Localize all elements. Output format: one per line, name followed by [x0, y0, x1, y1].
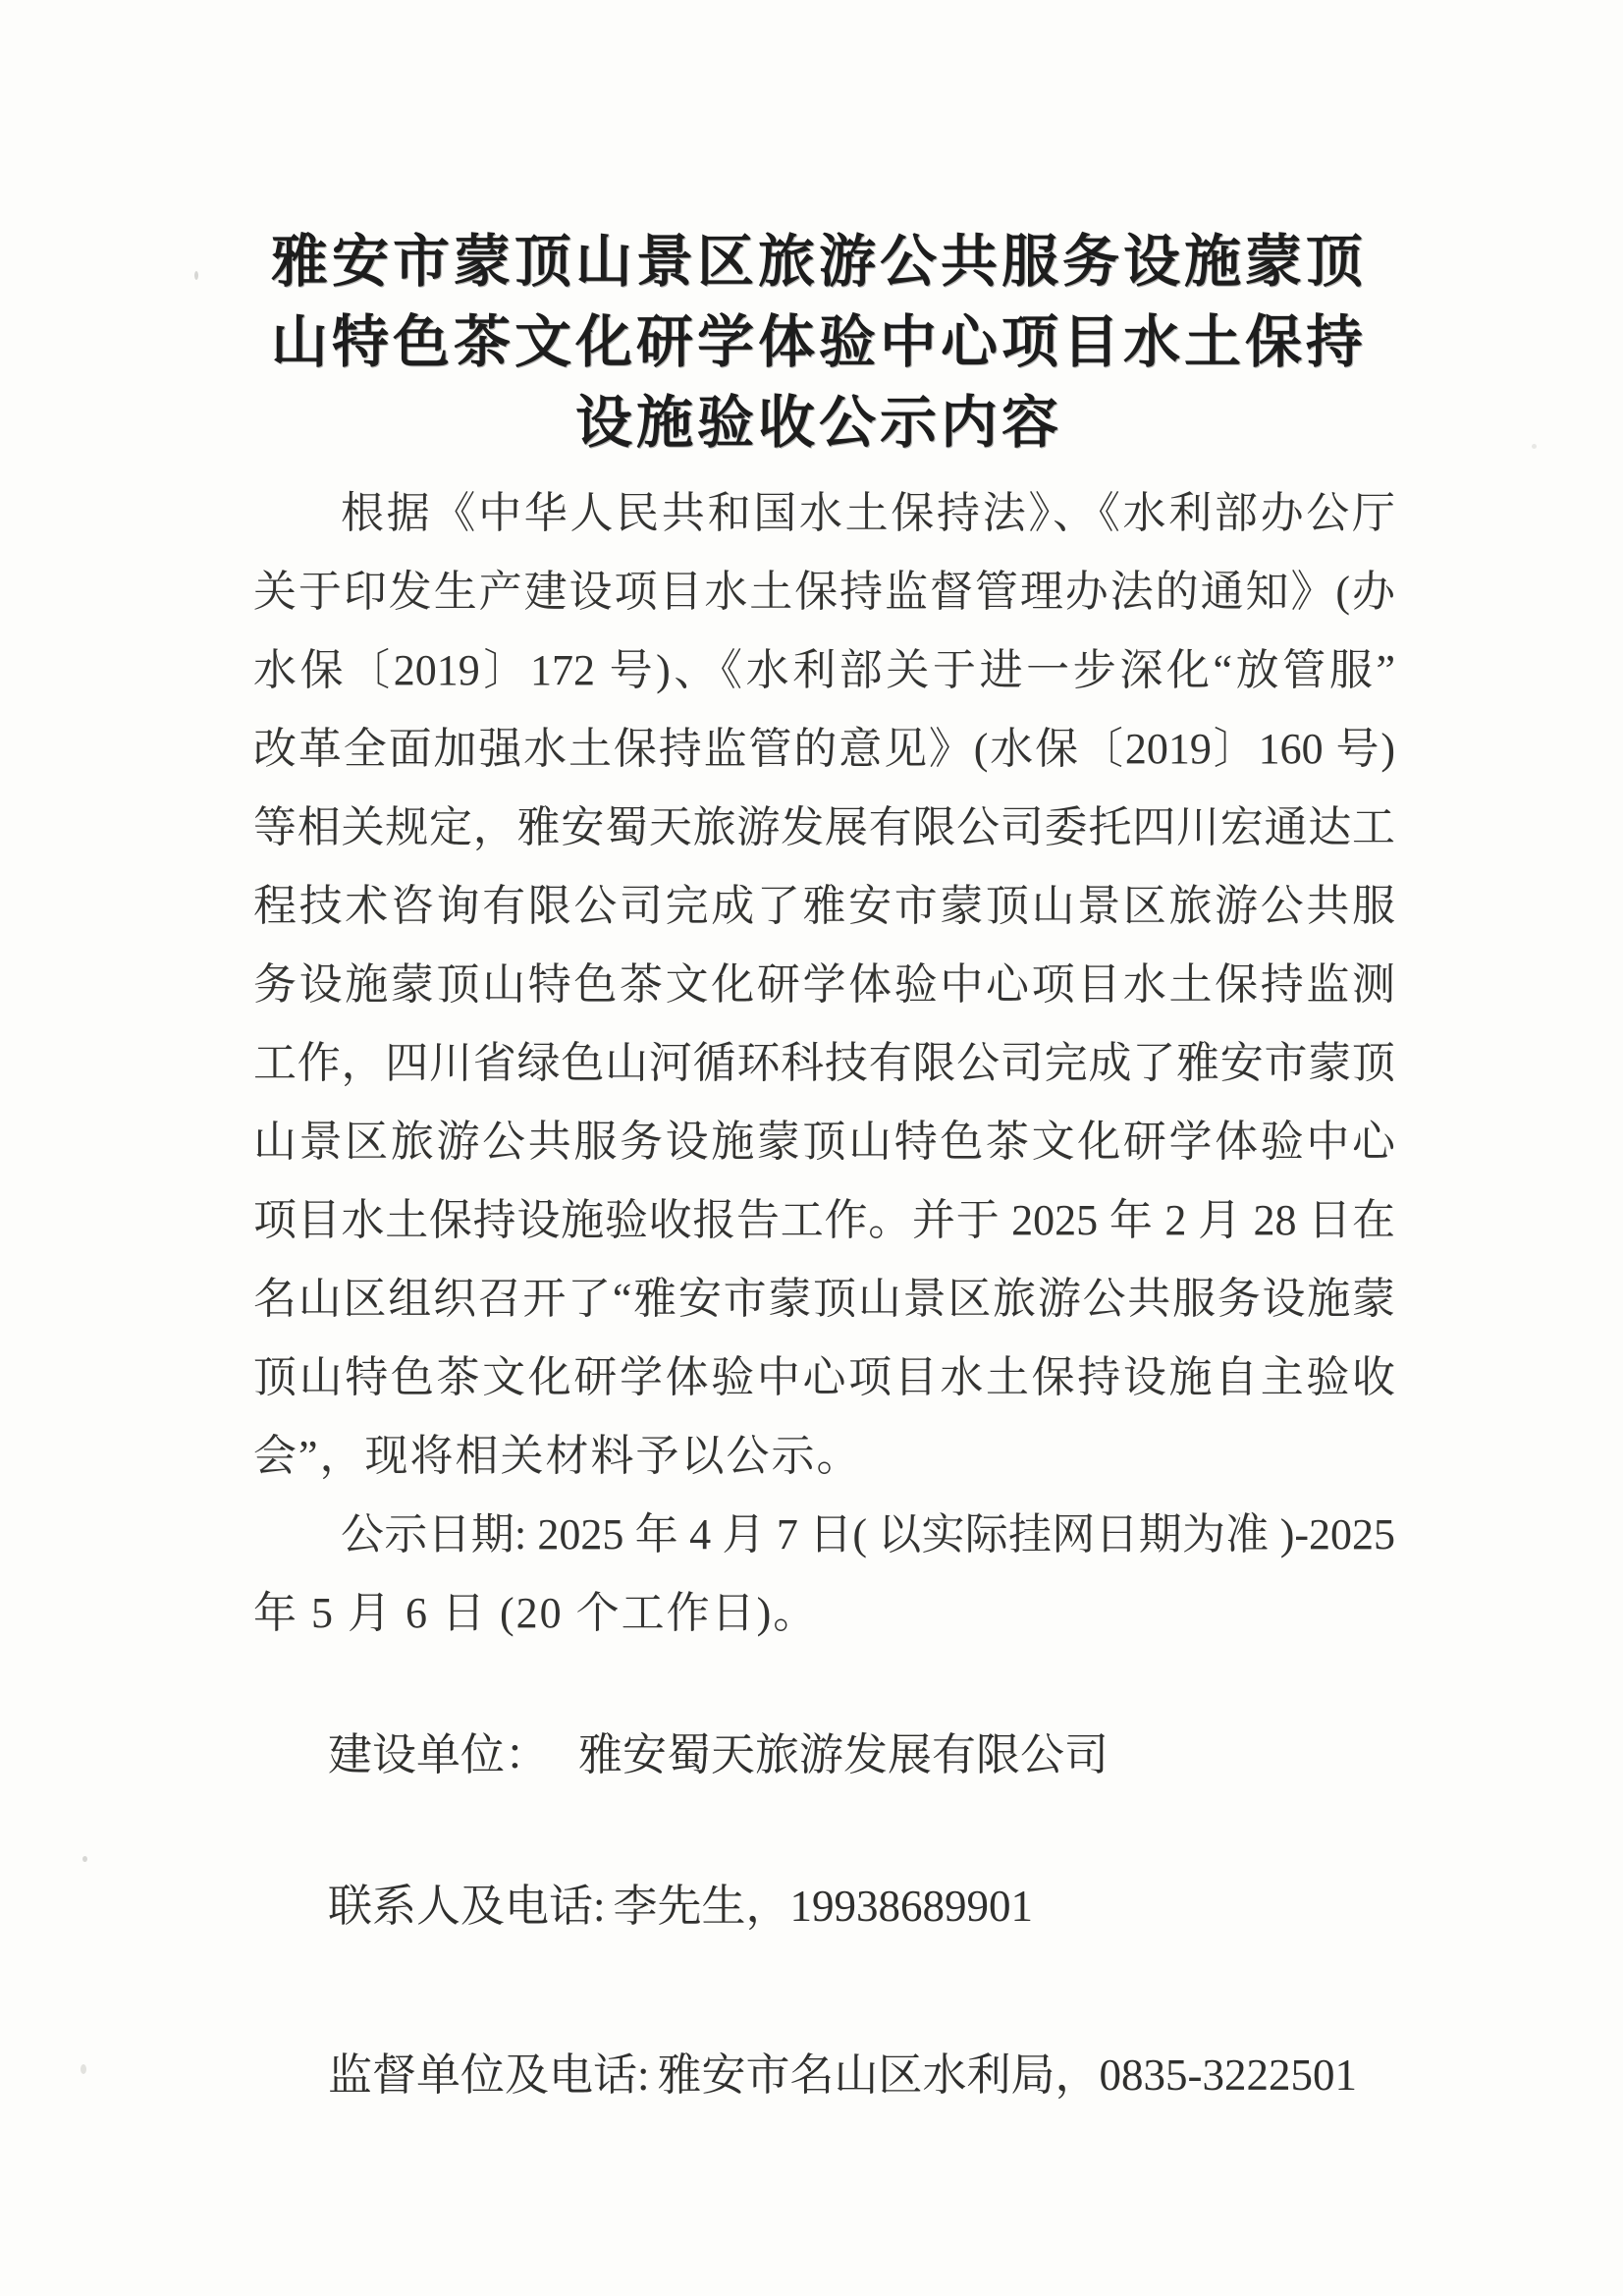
document-body: 根据《中华人民共和国水土保持法》、《水利部办公厅 关于印发生产建设项目水土保持监…: [253, 474, 1395, 1653]
body-line: 项目水土保持设施验收报告工作。并于 2025 年 2 月 28 日在: [253, 1181, 1395, 1260]
scan-speck: [194, 271, 198, 280]
scan-speck: [82, 1856, 87, 1862]
body-line: 顶山特色茶文化研学体验中心项目水土保持设施自主验收: [253, 1339, 1395, 1417]
contact-value: 李先生，19938689901: [614, 1882, 1034, 1931]
supervisor-line: 监督单位及电话:雅安市名山区水利局，0835-3222501: [328, 2050, 1357, 2100]
title-line-3: 设施验收公示内容: [245, 383, 1392, 464]
body-line: 水保〔2019〕172 号)、《水利部关于进一步深化“放管服”: [253, 631, 1395, 710]
scan-speck: [81, 2064, 86, 2074]
contact-line: 联系人及电话:李先生，19938689901: [328, 1882, 1033, 1931]
contact-label: 联系人及电话:: [328, 1882, 606, 1931]
body-line: 根据《中华人民共和国水土保持法》、《水利部办公厅: [253, 474, 1395, 553]
builder-value: 雅安蜀天旅游发展有限公司: [578, 1730, 1109, 1779]
builder-line: 建设单位：雅安蜀天旅游发展有限公司: [328, 1730, 1109, 1779]
body-line: 公示日期: 2025 年 4 月 7 日( 以实际挂网日期为准 )-2025: [253, 1496, 1395, 1574]
body-line: 务设施蒙顶山特色茶文化研学体验中心项目水土保持监测: [253, 946, 1395, 1024]
title-line-2: 山特色茶文化研学体验中心项目水土保持: [245, 302, 1392, 383]
body-line: 程技术咨询有限公司完成了雅安市蒙顶山景区旅游公共服: [253, 867, 1395, 946]
supervisor-value: 雅安市名山区水利局，0835-3222501: [658, 2050, 1358, 2100]
document-page: 雅安市蒙顶山景区旅游公共服务设施蒙顶 山特色茶文化研学体验中心项目水土保持 设施…: [0, 0, 1623, 2296]
body-line: 等相关规定，雅安蜀天旅游发展有限公司委托四川宏通达工: [253, 789, 1395, 867]
title-line-1: 雅安市蒙顶山景区旅游公共服务设施蒙顶: [245, 222, 1392, 302]
body-line: 年 5 月 6 日 (20 个工作日)。: [253, 1574, 1395, 1653]
paragraph-publicity-period: 公示日期: 2025 年 4 月 7 日( 以实际挂网日期为准 )-2025 年…: [253, 1496, 1395, 1653]
body-line: 会”，现将相关材料予以公示。: [253, 1417, 1395, 1496]
paragraph-legal-basis: 根据《中华人民共和国水土保持法》、《水利部办公厅 关于印发生产建设项目水土保持监…: [253, 474, 1395, 1496]
body-line: 山景区旅游公共服务设施蒙顶山特色茶文化研学体验中心: [253, 1103, 1395, 1181]
body-line: 名山区组织召开了“雅安市蒙顶山景区旅游公共服务设施蒙: [253, 1260, 1395, 1339]
body-line: 关于印发生产建设项目水土保持监督管理办法的通知》(办: [253, 553, 1395, 631]
body-line: 工作，四川省绿色山河循环科技有限公司完成了雅安市蒙顶: [253, 1024, 1395, 1103]
builder-label: 建设单位：: [328, 1730, 549, 1779]
supervisor-label: 监督单位及电话:: [328, 2050, 650, 2100]
document-title: 雅安市蒙顶山景区旅游公共服务设施蒙顶 山特色茶文化研学体验中心项目水土保持 设施…: [245, 222, 1392, 464]
body-line: 改革全面加强水土保持监管的意见》(水保〔2019〕160 号): [253, 710, 1395, 789]
scan-speck: [1532, 444, 1537, 449]
